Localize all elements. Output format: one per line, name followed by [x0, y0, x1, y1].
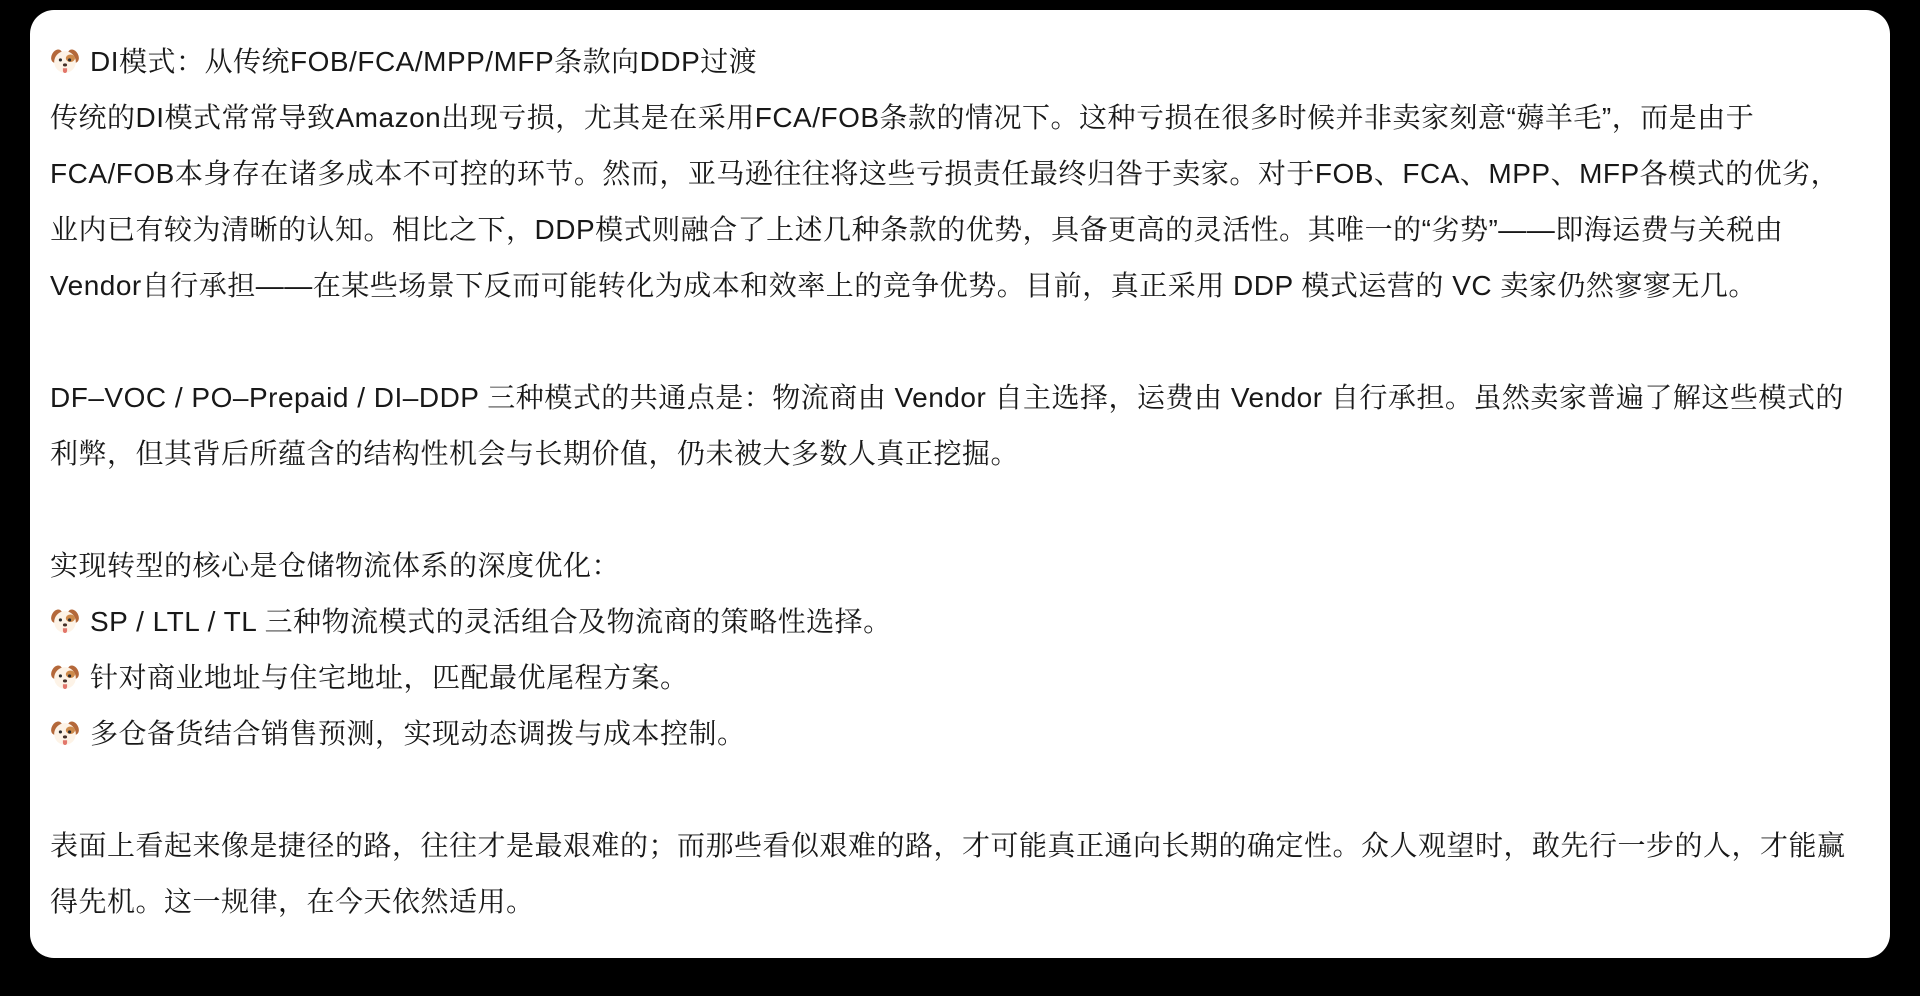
page-background: DI模式：从传统FOB/FCA/MPP/MFP条款向DDP过渡 传统的DI模式常… [0, 0, 1920, 996]
bullet-text: 多仓备货结合销售预测，实现动态调拨与成本控制。 [90, 706, 746, 762]
bullet-item-address-matching: 针对商业地址与住宅地址，匹配最优尾程方案。 [50, 650, 1860, 706]
bullet-text: 针对商业地址与住宅地址，匹配最优尾程方案。 [90, 650, 689, 706]
paragraph-common-points: DF–VOC / PO–Prepaid / DI–DDP 三种模式的共通点是：物… [50, 370, 1860, 482]
title-line: DI模式：从传统FOB/FCA/MPP/MFP条款向DDP过渡 [50, 34, 1860, 90]
dog-face-icon [50, 47, 80, 77]
dog-face-icon [50, 607, 80, 637]
section-heading: 实现转型的核心是仓储物流体系的深度优化： [50, 538, 1860, 594]
paragraph-closing: 表面上看起来像是捷径的路，往往才是最艰难的；而那些看似艰难的路，才可能真正通向长… [50, 818, 1860, 930]
bullet-item-multi-warehouse: 多仓备货结合销售预测，实现动态调拨与成本控制。 [50, 706, 1860, 762]
message-card: DI模式：从传统FOB/FCA/MPP/MFP条款向DDP过渡 传统的DI模式常… [30, 10, 1890, 958]
paragraph-di-model: 传统的DI模式常常导致Amazon出现亏损，尤其是在采用FCA/FOB条款的情况… [50, 90, 1860, 314]
bullet-item-logistics-modes: SP / LTL / TL 三种物流模式的灵活组合及物流商的策略性选择。 [50, 594, 1860, 650]
dog-face-icon [50, 663, 80, 693]
dog-face-icon [50, 719, 80, 749]
bullet-text: SP / LTL / TL 三种物流模式的灵活组合及物流商的策略性选择。 [90, 594, 892, 650]
page-title: DI模式：从传统FOB/FCA/MPP/MFP条款向DDP过渡 [90, 34, 757, 90]
